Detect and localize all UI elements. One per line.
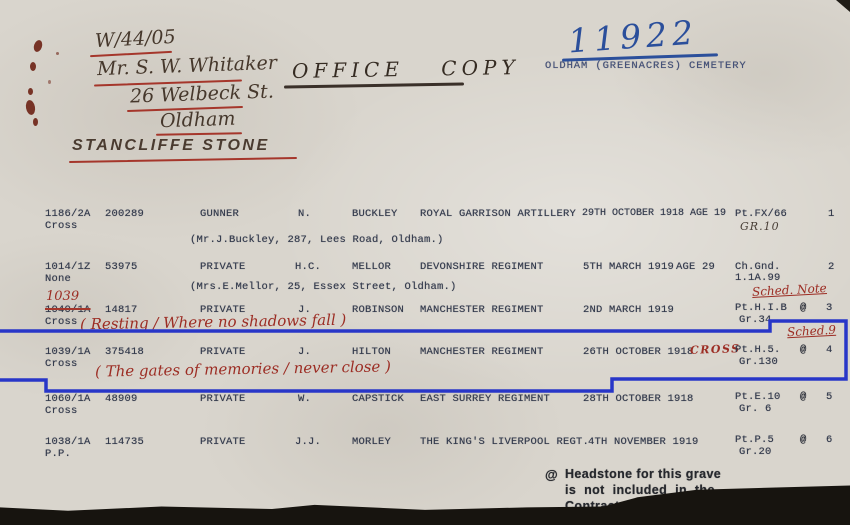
addressee-name-handwritten: Mr. S. W. Whitaker	[97, 52, 278, 80]
cemetery-name: OLDHAM (GREENACRES) CEMETERY	[545, 60, 747, 72]
rank: PRIVATE	[200, 261, 246, 273]
regiment: THE KING'S LIVERPOOL REGT.	[420, 436, 589, 448]
schedule-number-handwritten: 11922	[567, 13, 699, 61]
headstone-exclusion-symbol: @	[800, 391, 807, 403]
initials: J.J.	[295, 436, 321, 448]
memorial-type: Cross	[45, 405, 78, 417]
row-sequence: 3	[826, 302, 833, 314]
plot-reference: Pt.P.5	[735, 434, 774, 446]
initials: H.C.	[295, 261, 321, 273]
underline	[284, 82, 464, 88]
regiment: MANCHESTER REGIMENT	[420, 304, 544, 316]
death-date: 5TH MARCH 1919	[583, 261, 674, 273]
headstone-exclusion-symbol: @	[800, 434, 807, 446]
grave-number: 1039/1A	[45, 346, 91, 358]
grave-number: 1060/1A	[45, 393, 91, 405]
inscription-handwritten: ( Resting / Where no shadows fall )	[80, 311, 347, 334]
plot-reference-2: Gr.34	[739, 314, 772, 326]
reference-number-handwritten: W/44/05	[94, 26, 176, 52]
footnote-line-1: Headstone for this grave	[565, 467, 721, 481]
death-date: 29TH OCTOBER 1918 AGE 19	[582, 208, 726, 219]
addressee-town-handwritten: Oldham	[160, 108, 236, 133]
memorial-type: Cross	[45, 358, 78, 370]
corrected-grave-number-handwritten: 1039	[46, 289, 79, 304]
service-number: 53975	[105, 261, 138, 273]
surname: MORLEY	[352, 436, 391, 448]
surname: ROBINSON	[352, 304, 404, 316]
service-number: 375418	[105, 346, 144, 358]
grave-number: 1186/2A	[45, 208, 91, 220]
plot-reference: Pt.H.I.B	[735, 302, 787, 314]
regiment: DEVONSHIRE REGIMENT	[420, 261, 544, 273]
initials: J.	[298, 346, 311, 358]
plot-reference-2: Gr. 6	[739, 403, 772, 415]
death-date: 26TH OCTOBER 1918	[583, 346, 694, 358]
row-sequence: 1	[828, 208, 835, 220]
office-copy-handwritten: OFFICE COPY	[292, 55, 520, 83]
row-sequence: 5	[826, 391, 833, 403]
surname: HILTON	[352, 346, 391, 358]
rank: GUNNER	[200, 208, 239, 220]
grave-number: 1014/1Z	[45, 261, 91, 273]
schedule-number-annotation-handwritten: Sched.9	[787, 323, 837, 340]
ink-spot	[25, 99, 36, 115]
rank: PRIVATE	[200, 346, 246, 358]
regiment: MANCHESTER REGIMENT	[420, 346, 544, 358]
memorial-type: P.P.	[45, 448, 71, 460]
headstone-exclusion-symbol: @	[800, 344, 807, 356]
age: AGE 29	[676, 261, 715, 273]
plot-reference: Pt.FX/66	[735, 208, 787, 220]
cross-annotation-handwritten: CROSS	[690, 342, 741, 357]
grave-number-struck: 1040/1A	[45, 304, 91, 316]
rank: PRIVATE	[200, 436, 246, 448]
plot-reference: Pt.H.5.	[735, 344, 781, 356]
surname: CAPSTICK	[352, 393, 404, 405]
service-number: 114735	[105, 436, 144, 448]
row-sequence: 6	[826, 434, 833, 446]
scan-top-right-corner	[836, 0, 850, 12]
death-date: 28TH OCTOBER 1918	[583, 393, 694, 405]
initials: W.	[298, 393, 311, 405]
addressee-street-handwritten: 26 Welbeck St.	[130, 80, 274, 107]
scan-bottom-edge	[0, 483, 850, 525]
plot-reference: Pt.E.10	[735, 391, 781, 403]
regiment: EAST SURREY REGIMENT	[420, 393, 550, 405]
plot-reference-2: Gr.20	[739, 446, 772, 458]
service-number: 200289	[105, 208, 144, 220]
underline	[156, 132, 242, 136]
plot-reference-2: Gr.130	[739, 356, 778, 368]
grave-annotation-handwritten: GR.10	[740, 220, 780, 233]
ink-spot	[28, 88, 33, 95]
next-of-kin-address: (Mr.J.Buckley, 287, Lees Road, Oldham.)	[190, 234, 444, 246]
footnote-symbol: @	[545, 467, 558, 482]
schedule-note-handwritten: Sched. Note	[752, 281, 827, 299]
scanned-cemetery-register-page: W/44/05 Mr. S. W. Whitaker 26 Welbeck St…	[0, 0, 850, 525]
memorial-type: None	[45, 273, 71, 285]
plot-reference-2: 1.1A.99	[735, 272, 781, 284]
headstone-exclusion-symbol: @	[800, 302, 807, 314]
ink-spot	[48, 80, 51, 84]
rank: PRIVATE	[200, 393, 246, 405]
ink-spot	[32, 39, 43, 53]
inscription-handwritten: ( The gates of memories / never close )	[95, 357, 391, 380]
underline	[69, 157, 297, 163]
death-date: 2ND MARCH 1919	[583, 304, 674, 316]
initials: N.	[298, 208, 311, 220]
stone-type-handwritten: STANCLIFFE STONE	[72, 137, 270, 155]
next-of-kin-address: (Mrs.E.Mellor, 25, Essex Street, Oldham.…	[190, 281, 457, 293]
service-number: 48909	[105, 393, 138, 405]
row-sequence: 2	[828, 261, 835, 273]
memorial-type: Cross	[45, 316, 78, 328]
grave-number: 1038/1A	[45, 436, 91, 448]
ink-spot	[33, 118, 38, 126]
row-sequence: 4	[826, 344, 833, 356]
death-date: 4TH NOVEMBER 1919	[588, 436, 699, 448]
memorial-type: Cross	[45, 220, 78, 232]
ink-spot	[30, 62, 36, 71]
regiment: ROYAL GARRISON ARTILLERY	[420, 208, 576, 220]
ink-spot	[56, 52, 59, 55]
surname: MELLOR	[352, 261, 391, 273]
surname: BUCKLEY	[352, 208, 398, 220]
